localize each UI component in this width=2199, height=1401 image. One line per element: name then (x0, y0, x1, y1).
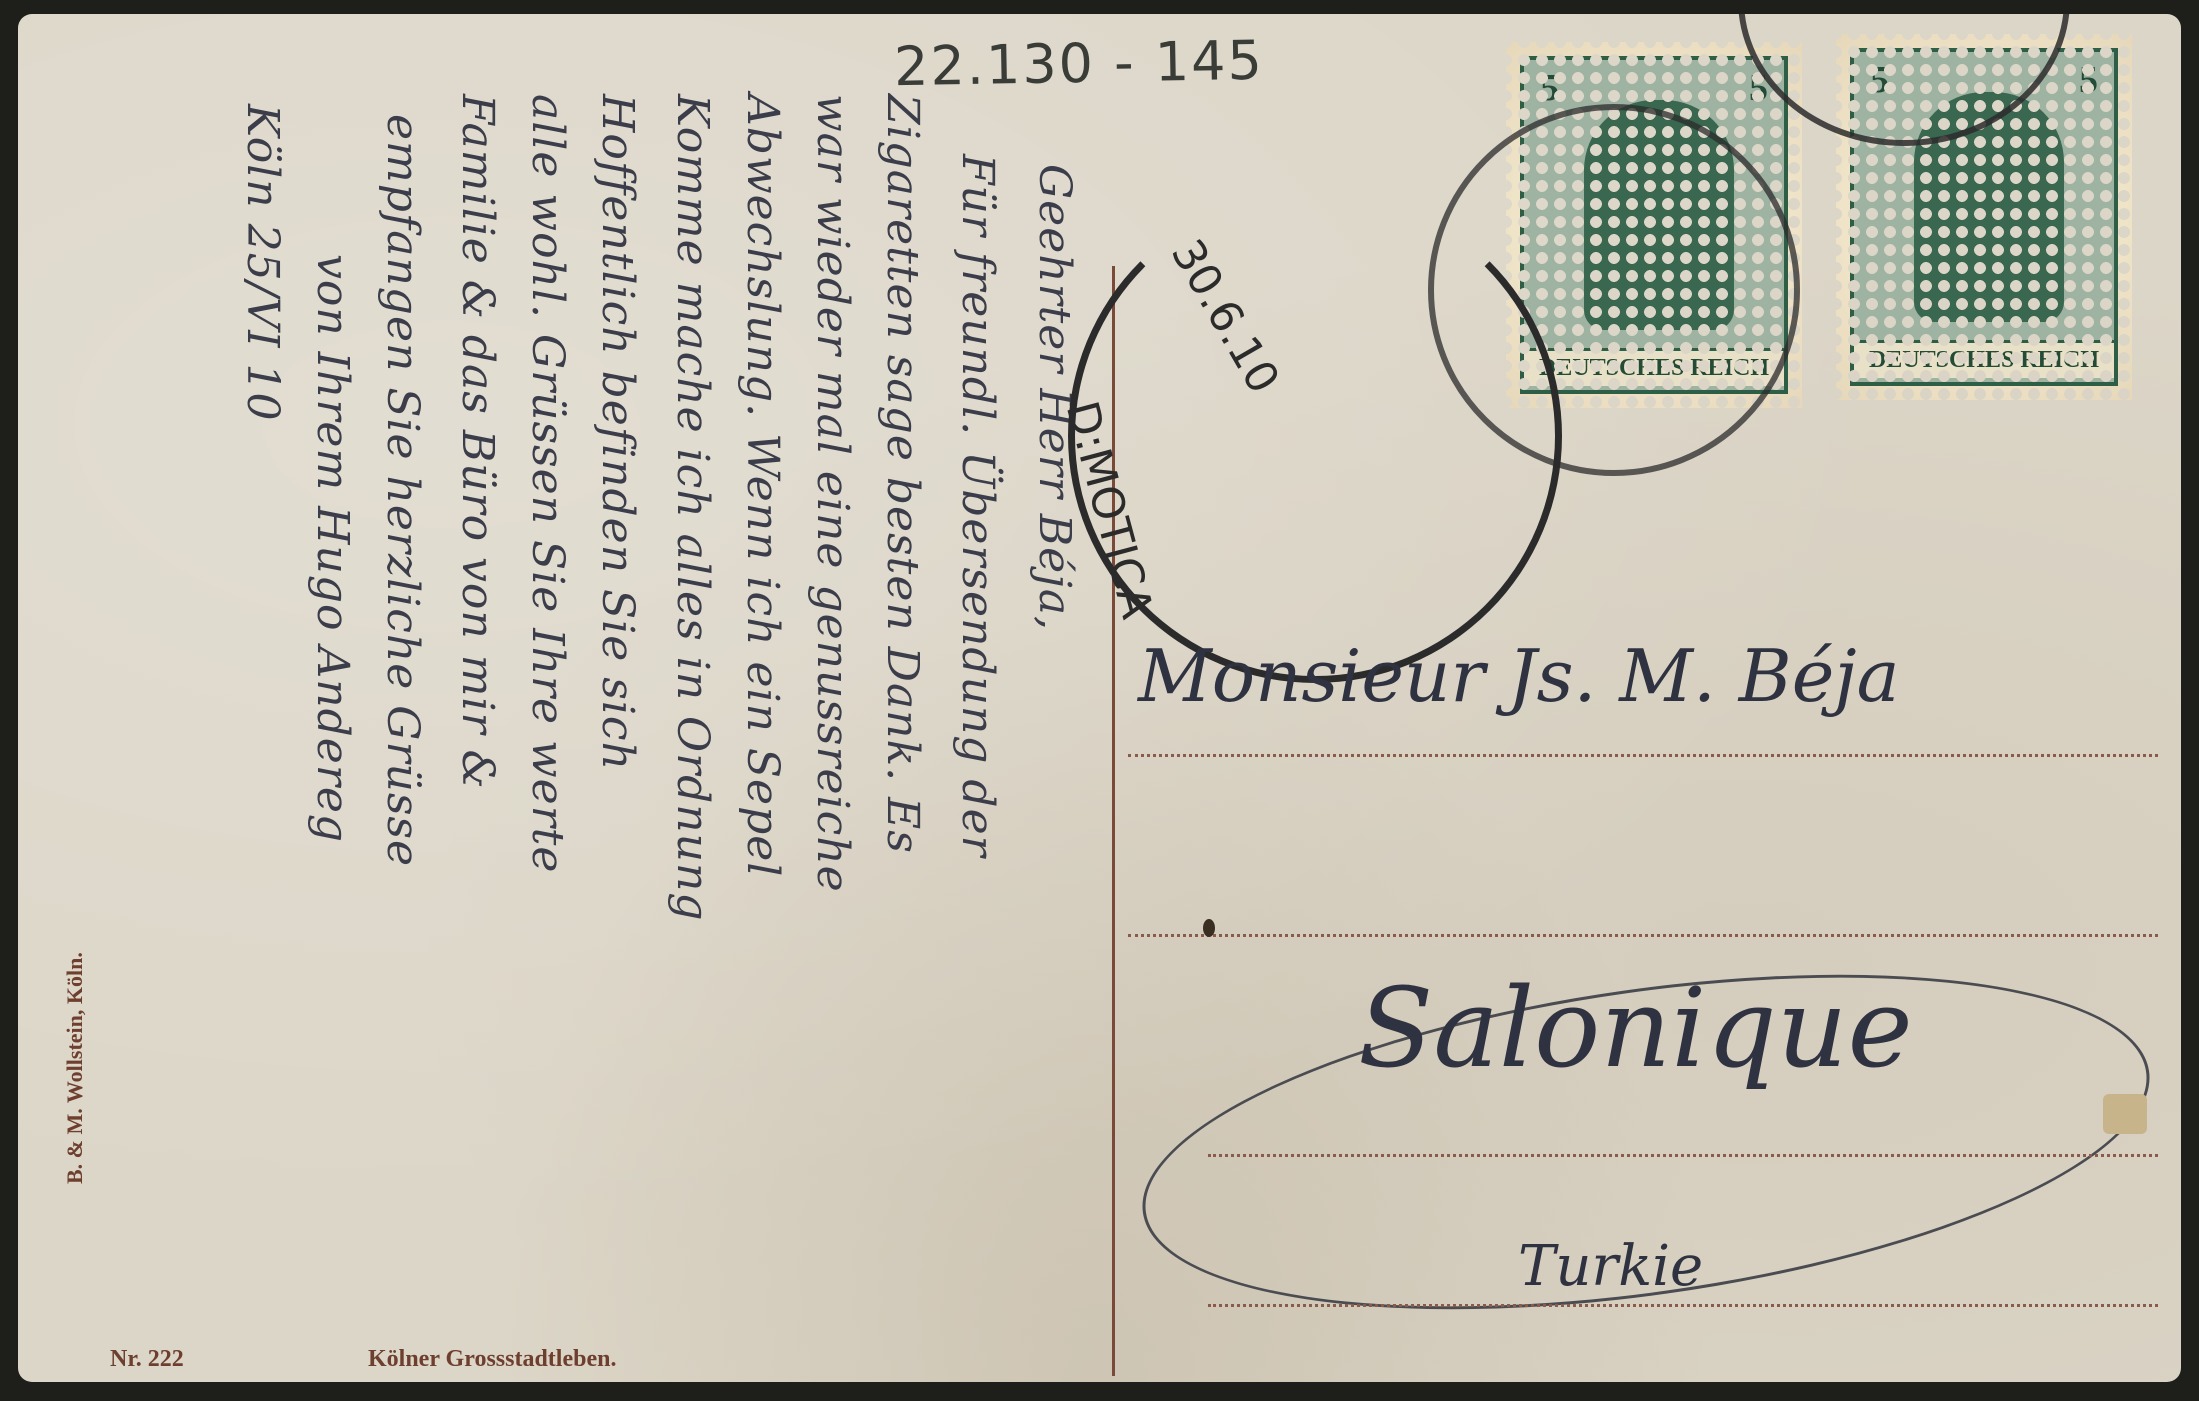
address-line-4 (1208, 1304, 2158, 1307)
address-line-1 (1128, 754, 2158, 757)
stamp-value: 5 (2079, 58, 2098, 102)
message-line: alle wohl. Grüssen Sie Ihre werte (522, 94, 573, 873)
message-line: Familie & das Büro von mir & (452, 94, 503, 790)
message-line: Köln 25/VI 10 (237, 104, 288, 422)
stamp-label: DEUTSCHES REICH (1854, 340, 2114, 378)
message-line: Hoffentlich befinden Sie sich (592, 94, 643, 771)
recipient-name: Monsieur Js. M. Béja (1138, 634, 1900, 718)
recipient-country: Turkie (1518, 1234, 1703, 1299)
message-line: von Ihrem Hugo Andereg (307, 254, 358, 843)
message-line: Komme mache ich alles in Ordnung (667, 94, 718, 921)
series-number: Nr. 222 (110, 1346, 184, 1373)
stamp-value: 5 (1540, 66, 1559, 110)
message-line: war wieder mal eine genussreiche (807, 94, 858, 893)
ink-spot (1203, 919, 1215, 937)
card-caption: Kölner Grossstadtleben. (368, 1346, 616, 1373)
postmark-secondary (1428, 104, 1800, 476)
publisher-imprint: B. & M. Wollstein, Köln. (62, 952, 88, 1184)
message-line: Für freundl. Übersendung der (952, 154, 1003, 858)
message-line: Abwechslung. Wenn ich ein Sepel (737, 94, 788, 877)
inventory-number: 22.130 - 145 (893, 29, 1264, 98)
address-line-2 (1128, 934, 2158, 937)
message-line: Zigaretten sage besten Dank. Es (877, 94, 928, 854)
postcard: 22.130 - 145 Geehrter Herr Béja, Für fre… (18, 14, 2181, 1382)
paper-stain (2103, 1094, 2147, 1134)
address-line-3 (1208, 1154, 2158, 1157)
message-line: empfangen Sie herzliche Grüsse (377, 114, 428, 867)
postmark-date: 30.6.10 (1161, 231, 1289, 402)
recipient-city: Salonique (1358, 964, 1913, 1092)
